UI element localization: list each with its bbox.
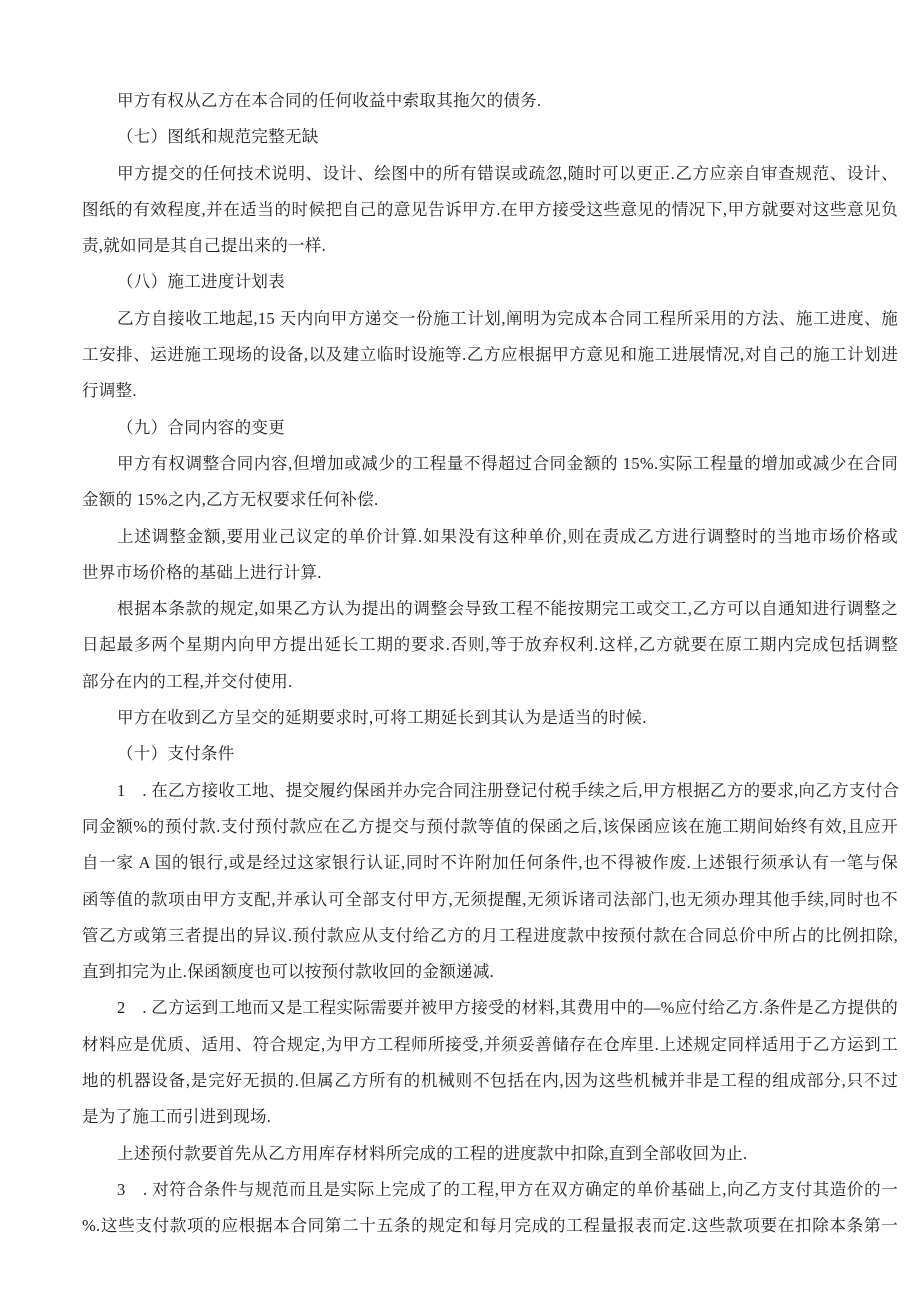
paragraph: 上述调整金额,要用业己议定的单价计算.如果没有这种单价,则在责成乙方进行调整时的… bbox=[82, 519, 898, 592]
text-line: 日起最多两个星期内向甲方提出延长工期的要求.否则,等于放弃权利.这样,乙方就要在… bbox=[82, 627, 898, 663]
text-line: 乙方自接收工地起,15 天内向甲方递交一份施工计划,阐明为完成本合同工程所采用的… bbox=[82, 301, 898, 337]
text-line: 部分在内的工程,并交付使用. bbox=[82, 664, 898, 700]
paragraph: 3 . 对符合条件与规范而且是实际上完成了的工程,甲方在双方确定的单价基础上,向… bbox=[82, 1172, 898, 1245]
paragraph: 1 . 在乙方接收工地、提交履约保函并办完合同注册登记付税手续之后,甲方根据乙方… bbox=[82, 773, 898, 991]
document-page: 甲方有权从乙方在本合同的任何收益中索取其拖欠的债务.（七）图纸和规范完整无缺甲方… bbox=[0, 0, 920, 1301]
text-line: （八）施工进度计划表 bbox=[82, 264, 898, 300]
text-line: 同金额%的预付款.支付预付款应在乙方提交与预付款等值的保函之后,该保函应该在施工… bbox=[82, 809, 898, 845]
paragraph: 甲方有权从乙方在本合同的任何收益中索取其拖欠的债务. bbox=[82, 83, 898, 119]
section-heading: （十）支付条件 bbox=[82, 736, 898, 772]
text-line: 是为了施工而引进到现场. bbox=[82, 1099, 898, 1135]
paragraph: 乙方自接收工地起,15 天内向甲方递交一份施工计划,阐明为完成本合同工程所采用的… bbox=[82, 301, 898, 410]
text-line: 3 . 对符合条件与规范而且是实际上完成了的工程,甲方在双方确定的单价基础上,向… bbox=[82, 1172, 898, 1208]
paragraph: 根据本条款的规定,如果乙方认为提出的调整会导致工程不能按期完工或交工,乙方可以自… bbox=[82, 591, 898, 700]
paragraph: 甲方在收到乙方呈交的延期要求时,可将工期延长到其认为是适当的时候. bbox=[82, 700, 898, 736]
paragraph: 上述预付款要首先从乙方用库存材料所完成的工程的进度款中扣除,直到全部收回为止. bbox=[82, 1136, 898, 1172]
text-line: 2 . 乙方运到工地而又是工程实际需要并被甲方接受的材料,其费用中的—%应付给乙… bbox=[82, 990, 898, 1026]
text-line: 甲方提交的任何技术说明、设计、绘图中的所有错误或疏忽,随时可以更正.乙方应亲自审… bbox=[82, 156, 898, 192]
text-line: 根据本条款的规定,如果乙方认为提出的调整会导致工程不能按期完工或交工,乙方可以自… bbox=[82, 591, 898, 627]
text-line: 图纸的有效程度,并在适当的时候把自己的意见告诉甲方.在甲方接受这些意见的情况下,… bbox=[82, 192, 898, 228]
text-line: 管乙方或第三者提出的异议.预付款应从支付给乙方的月工程进度款中按预付款在合同总价… bbox=[82, 918, 898, 954]
paragraph: 甲方提交的任何技术说明、设计、绘图中的所有错误或疏忽,随时可以更正.乙方应亲自审… bbox=[82, 156, 898, 265]
paragraph: 2 . 乙方运到工地而又是工程实际需要并被甲方接受的材料,其费用中的—%应付给乙… bbox=[82, 990, 898, 1135]
text-line: 甲方在收到乙方呈交的延期要求时,可将工期延长到其认为是适当的时候. bbox=[82, 700, 898, 736]
text-line: 地的机器设备,是完好无损的.但属乙方所有的机械则不包括在内,因为这些机械并非是工… bbox=[82, 1063, 898, 1099]
section-heading: （八）施工进度计划表 bbox=[82, 264, 898, 300]
text-line: 直到扣完为止.保函额度也可以按预付款收回的金额递减. bbox=[82, 954, 898, 990]
section-heading: （七）图纸和规范完整无缺 bbox=[82, 119, 898, 155]
text-line: 1 . 在乙方接收工地、提交履约保函并办完合同注册登记付税手续之后,甲方根据乙方… bbox=[82, 773, 898, 809]
text-line: （七）图纸和规范完整无缺 bbox=[82, 119, 898, 155]
text-line: 函等值的款项由甲方支配,并承认可全部支付甲方,无须提醒,无须诉诸司法部门,也无须… bbox=[82, 882, 898, 918]
text-line: 甲方有权调整合同内容,但增加或减少的工程量不得超过合同金额的 15%.实际工程量… bbox=[82, 446, 898, 482]
text-line: %.这些支付款项的应根据本合同第二十五条的规定和每月完成的工程量报表而定.这些款… bbox=[82, 1208, 898, 1244]
text-line: （九）合同内容的变更 bbox=[82, 410, 898, 446]
text-line: 工安排、运进施工现场的设备,以及建立临时设施等.乙方应根据甲方意见和施工进展情况… bbox=[82, 337, 898, 373]
text-line: 上述预付款要首先从乙方用库存材料所完成的工程的进度款中扣除,直到全部收回为止. bbox=[82, 1136, 898, 1172]
section-heading: （九）合同内容的变更 bbox=[82, 410, 898, 446]
text-line: 责,就如同是其自己提出来的一样. bbox=[82, 228, 898, 264]
text-line: 自一家 A 国的银行,或是经过这家银行认证,同时不许附加任何条件,也不得被作废.… bbox=[82, 845, 898, 881]
document-body: 甲方有权从乙方在本合同的任何收益中索取其拖欠的债务.（七）图纸和规范完整无缺甲方… bbox=[82, 83, 898, 1245]
paragraph: 甲方有权调整合同内容,但增加或减少的工程量不得超过合同金额的 15%.实际工程量… bbox=[82, 446, 898, 519]
text-line: 行调整. bbox=[82, 373, 898, 409]
text-line: （十）支付条件 bbox=[82, 736, 898, 772]
text-line: 上述调整金额,要用业己议定的单价计算.如果没有这种单价,则在责成乙方进行调整时的… bbox=[82, 519, 898, 555]
text-line: 金额的 15%之内,乙方无权要求任何补偿. bbox=[82, 482, 898, 518]
text-line: 甲方有权从乙方在本合同的任何收益中索取其拖欠的债务. bbox=[82, 83, 898, 119]
text-line: 世界市场价格的基础上进行计算. bbox=[82, 555, 898, 591]
text-line: 材料应是优质、适用、符合规定,为甲方工程师所接受,并须妥善储存在仓库里.上述规定… bbox=[82, 1027, 898, 1063]
